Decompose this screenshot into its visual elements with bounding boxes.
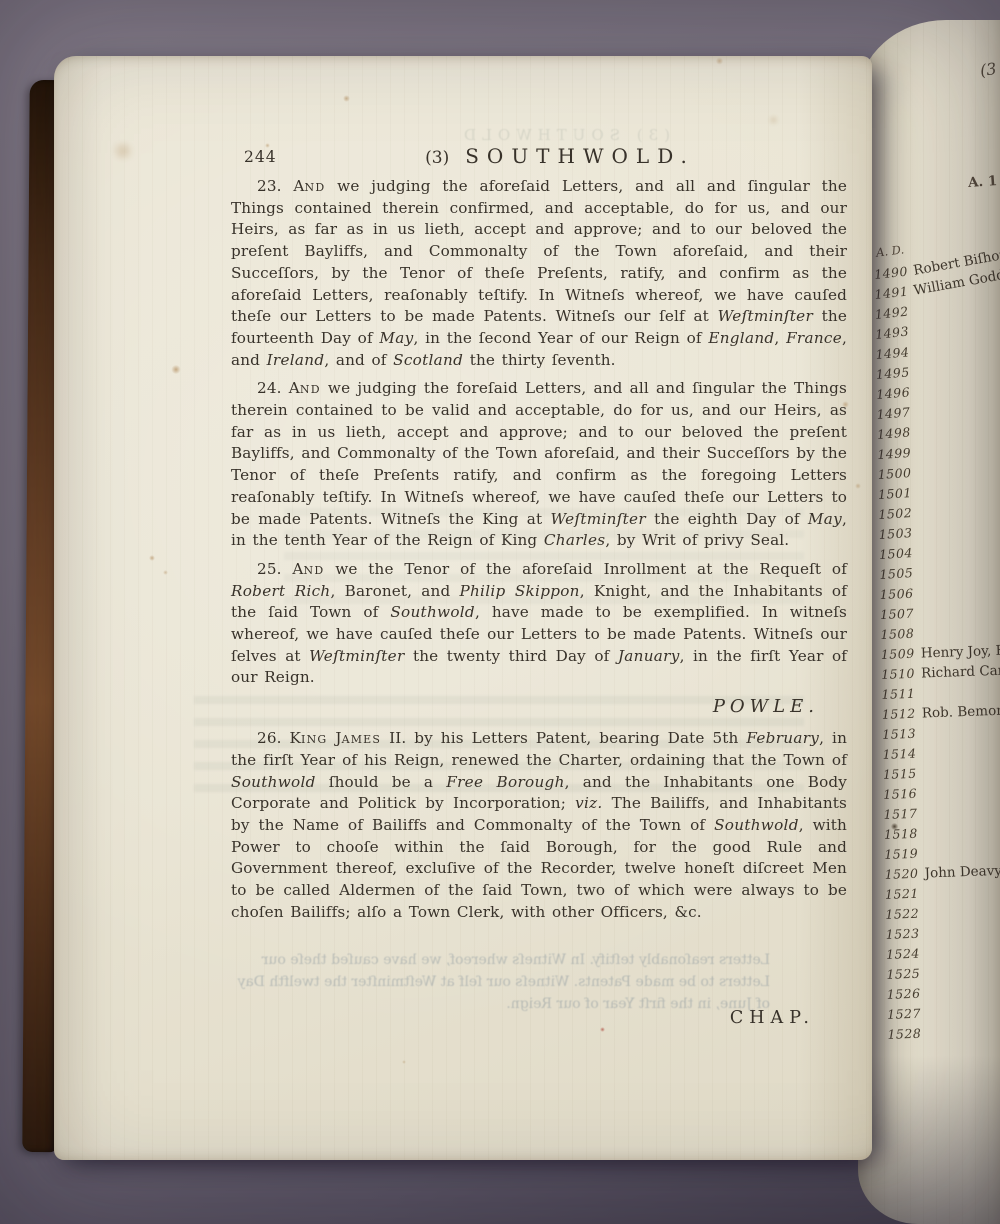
year-label: 1510: [881, 666, 915, 682]
year-label: 1515: [883, 766, 917, 782]
year-label: 1505: [879, 565, 913, 582]
year-label: 1516: [883, 786, 917, 802]
red-speck: [600, 1027, 605, 1032]
year-label: 1498: [876, 424, 910, 442]
year-label: 1518: [884, 826, 918, 842]
catchword: CHAP.: [730, 1008, 815, 1028]
year-label: 1497: [876, 404, 910, 422]
next-page-header-fragment: (3: [979, 59, 998, 80]
foxing-spot: [149, 555, 155, 561]
book-photograph: (3 A. 1 A. D. 1490Robert Biſhop,1491Will…: [0, 0, 1000, 1224]
year-label: 1509: [881, 646, 915, 662]
next-page-edge: (3 A. 1 A. D. 1490Robert Biſhop,1491Will…: [858, 20, 1000, 1224]
year-label: 1492: [874, 304, 908, 322]
foxing-stain: [768, 116, 779, 124]
year-label: 1520: [884, 866, 918, 882]
running-head: 244 (3)SOUTHWOLD.: [231, 144, 847, 170]
bleed-through-lines: Letters reaſonably teſtify. In Witneſs w…: [240, 949, 770, 1015]
year-label: 1528: [887, 1026, 921, 1042]
paragraph-26: 26. King James II. by his Letters Patent…: [231, 728, 847, 923]
foxing-spot: [265, 143, 270, 148]
foxing-stain: [110, 142, 136, 160]
year-label: 1500: [877, 465, 911, 482]
year-label: 1499: [877, 445, 911, 462]
foxing-spot: [716, 57, 723, 65]
year-label: 1491: [874, 284, 908, 302]
text-block: 23. And we judging the aforeſaid Letters…: [231, 176, 847, 931]
year-label: 1493: [874, 324, 908, 342]
year-label: 1526: [886, 986, 920, 1002]
next-page-margin-fragment: A. 1: [967, 173, 997, 191]
year-label: 1517: [883, 806, 917, 822]
year-label: 1524: [886, 946, 920, 962]
bleed-through-line: of June, in the firſt Year of our Reign.: [240, 993, 770, 1015]
bleed-through-line: Letters reaſonably teſtify. In Witneſs w…: [240, 949, 770, 971]
year-label: 1522: [885, 906, 919, 922]
year-label: 1501: [878, 485, 912, 502]
year-list: 1490Robert Biſhop,1491William Godd149214…: [874, 261, 1000, 1044]
section-number: (3): [425, 148, 449, 168]
year-label: 1502: [878, 505, 912, 522]
year-label: 1514: [882, 746, 916, 762]
paragraph-25: 25. And we the Tenor of the aforeſaid In…: [231, 559, 847, 689]
year-label: 1523: [885, 926, 919, 942]
year-label: 1519: [884, 846, 918, 862]
year-label: 1496: [876, 384, 910, 402]
ink-spot: [891, 823, 898, 830]
year-label: 1503: [878, 525, 912, 542]
year-label: 1494: [875, 344, 909, 362]
year-label: 1504: [879, 545, 913, 562]
year-label: 1490: [873, 264, 907, 282]
year-column-header: A. D.: [875, 242, 905, 259]
year-label: 1507: [880, 606, 914, 622]
year-label: 1511: [881, 686, 915, 702]
bleed-through-line: Letters to be made Patents. Witneſs our …: [240, 971, 770, 993]
year-label: 1495: [875, 364, 909, 382]
bleed-through-header: (3) SOUTHWOLD: [364, 126, 764, 144]
paragraph-23: 23. And we judging the aforeſaid Letters…: [231, 176, 847, 371]
book-page: (3) SOUTHWOLD 244 (3)SOUTHWOLD. 23. And …: [54, 56, 872, 1160]
year-label: 1506: [880, 586, 914, 602]
title-text: SOUTHWOLD.: [465, 144, 695, 168]
page-title: (3)SOUTHWOLD.: [231, 144, 889, 168]
year-label: 1525: [886, 966, 920, 982]
foxing-spot: [842, 401, 849, 408]
year-label: 1512: [882, 706, 916, 722]
year-label: 1508: [880, 626, 914, 642]
year-label: 1513: [882, 726, 916, 742]
foxing-spot: [171, 365, 181, 374]
year-label: 1521: [885, 886, 919, 902]
paragraph-24: 24. And we judging the foreſaid Letters,…: [231, 378, 847, 552]
bailiff-name: Rob. Bemond, R: [922, 702, 1000, 722]
bailiff-name: Richard Canſe, R: [921, 661, 1000, 681]
signature-powle: POWLE.: [231, 696, 847, 717]
foxing-spot: [163, 570, 168, 575]
foxing-spot: [855, 483, 861, 489]
bailiff-name: Henry Joy, H: [921, 643, 1000, 662]
bailiff-name: John Deavys.: [924, 862, 1000, 881]
year-label: 1527: [887, 1006, 921, 1022]
foxing-spot: [343, 95, 350, 102]
foxing-spot: [402, 1060, 406, 1064]
